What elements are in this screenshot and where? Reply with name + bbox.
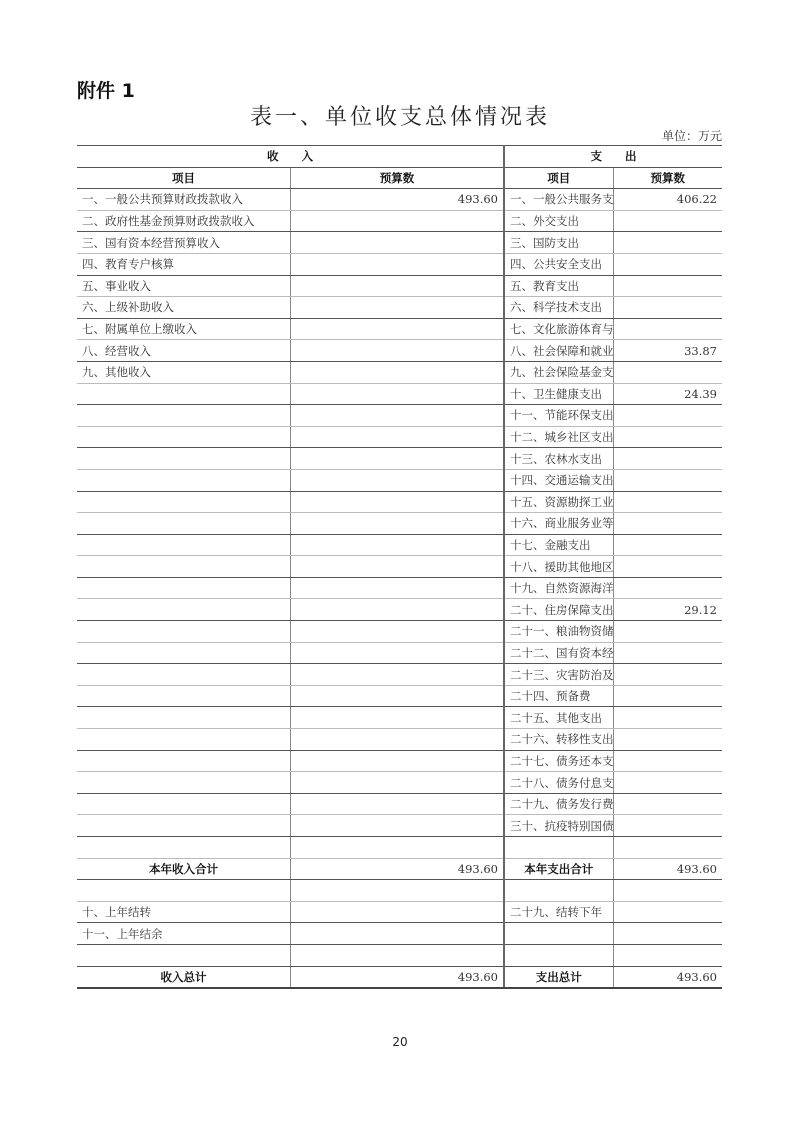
income-section-header: 收 入	[77, 146, 504, 168]
income-amount-cell	[291, 340, 505, 362]
table-row: 十一、上年结余	[77, 923, 722, 945]
table-row	[77, 880, 722, 902]
expense-amount-cell: 29.12	[613, 599, 722, 621]
expense-item-cell: 十、卫生健康支出	[504, 383, 613, 405]
income-item-cell: 九、其他收入	[77, 361, 291, 383]
unit-label: 单位：万元	[662, 127, 722, 144]
income-item-cell	[77, 621, 291, 643]
income-amount-cell: 493.60	[291, 189, 505, 211]
expense-amount-cell	[613, 275, 722, 297]
table-row	[77, 837, 722, 859]
income-item-cell: 十、上年结转	[77, 901, 291, 923]
expense-amount-cell: 406.22	[613, 189, 722, 211]
table-row: 八、经营收入八、社会保障和就业支出33.87	[77, 340, 722, 362]
expense-item-cell: 十四、交通运输支出	[504, 469, 613, 491]
expense-item-cell: 七、文化旅游体育与传媒支出	[504, 318, 613, 340]
income-item-cell	[77, 513, 291, 535]
income-amount-cell	[291, 815, 505, 837]
expense-section-header: 支 出	[504, 146, 722, 168]
expense-item-cell	[504, 837, 613, 859]
expense-item-cell: 十七、金融支出	[504, 534, 613, 556]
table-row: 二十五、其他支出	[77, 707, 722, 729]
expense-item-cell: 二十七、债务还本支出	[504, 750, 613, 772]
income-item-cell	[77, 685, 291, 707]
table-row: 九、其他收入九、社会保险基金支出	[77, 361, 722, 383]
income-item-cell	[77, 405, 291, 427]
expense-item-cell: 二十九、债务发行费用支出	[504, 793, 613, 815]
expense-total-value: 493.60	[613, 858, 722, 880]
table-row: 二十六、转移性支出	[77, 729, 722, 751]
expense-total-label: 支出总计	[504, 966, 613, 988]
income-amount-cell	[291, 469, 505, 491]
grand-total-row: 收入总计493.60支出总计493.60	[77, 966, 722, 988]
income-item-cell	[77, 944, 291, 966]
income-amount-cell	[291, 361, 505, 383]
income-item-cell: 二、政府性基金预算财政拨款收入	[77, 210, 291, 232]
income-item-cell: 一、一般公共预算财政拨款收入	[77, 189, 291, 211]
income-expense-table: 收 入 支 出 项目 预算数 项目 预算数 一、一般公共预算财政拨款收入493.…	[77, 145, 722, 989]
expense-amount-cell	[613, 491, 722, 513]
income-item-cell	[77, 837, 291, 859]
table-row: 六、上级补助收入六、科学技术支出	[77, 297, 722, 319]
income-item-cell	[77, 599, 291, 621]
table-row: 十五、资源勘探工业信息等支出	[77, 491, 722, 513]
column-header-row: 项目 预算数 项目 预算数	[77, 167, 722, 189]
income-amount-cell	[291, 297, 505, 319]
income-item-cell	[77, 469, 291, 491]
expense-item-cell: 六、科学技术支出	[504, 297, 613, 319]
table-row: 十二、城乡社区支出	[77, 426, 722, 448]
expense-item-cell: 四、公共安全支出	[504, 253, 613, 275]
expense-amount-cell	[613, 621, 722, 643]
income-item-cell: 六、上级补助收入	[77, 297, 291, 319]
income-item-cell	[77, 642, 291, 664]
table-row: 二十二、国有资本经营预算支出	[77, 642, 722, 664]
table-row: 二十一、粮油物资储备支出	[77, 621, 722, 643]
expense-item-cell: 十九、自然资源海洋气象等支出	[504, 577, 613, 599]
income-item-cell: 十一、上年结余	[77, 923, 291, 945]
expense-amount-cell	[613, 448, 722, 470]
expense-item-cell: 二十一、粮油物资储备支出	[504, 621, 613, 643]
page-number: 20	[0, 1035, 800, 1049]
expense-amount-cell	[613, 772, 722, 794]
table-row: 二十三、灾害防治及应急管理支出	[77, 664, 722, 686]
expense-total-value: 493.60	[613, 966, 722, 988]
expense-item-cell: 二十三、灾害防治及应急管理支出	[504, 664, 613, 686]
income-item-cell	[77, 534, 291, 556]
expense-amount-cell	[613, 232, 722, 254]
income-amount-cell	[291, 621, 505, 643]
table-row: 二十四、预备费	[77, 685, 722, 707]
expense-amount-cell	[613, 297, 722, 319]
income-amount-cell	[291, 923, 505, 945]
expense-amount-cell	[613, 426, 722, 448]
income-total-label: 收入总计	[77, 966, 291, 988]
table-row: 三十、抗疫特别国债安排的支出	[77, 815, 722, 837]
income-amount-cell	[291, 275, 505, 297]
expense-amount-cell	[613, 837, 722, 859]
table-row: 一、一般公共预算财政拨款收入493.60一、一般公共服务支出406.22	[77, 189, 722, 211]
expense-amount-cell	[613, 729, 722, 751]
income-item-cell	[77, 491, 291, 513]
income-item-cell	[77, 577, 291, 599]
expense-amount-cell: 24.39	[613, 383, 722, 405]
expense-item-cell: 十八、援助其他地区支出	[504, 556, 613, 578]
table-row: 二十七、债务还本支出	[77, 750, 722, 772]
expense-amount-cell	[613, 210, 722, 232]
expense-amount-cell	[613, 923, 722, 945]
income-amount-cell	[291, 534, 505, 556]
income-item-cell	[77, 729, 291, 751]
income-amount-cell	[291, 664, 505, 686]
income-amount-cell	[291, 232, 505, 254]
year-total-row: 本年收入合计493.60本年支出合计493.60	[77, 858, 722, 880]
expense-item-cell: 二十二、国有资本经营预算支出	[504, 642, 613, 664]
income-amount-cell	[291, 577, 505, 599]
attachment-label: 附件 1	[77, 76, 135, 103]
table-row: 二、政府性基金预算财政拨款收入二、外交支出	[77, 210, 722, 232]
income-amount-column-header: 预算数	[291, 167, 505, 189]
expense-item-cell: 二十五、其他支出	[504, 707, 613, 729]
table-row: 十、上年结转二十九、结转下年	[77, 901, 722, 923]
expense-amount-cell	[613, 318, 722, 340]
income-amount-cell	[291, 729, 505, 751]
expense-item-cell: 十六、商业服务业等支出	[504, 513, 613, 535]
expense-amount-cell	[613, 642, 722, 664]
income-total-value: 493.60	[291, 966, 505, 988]
income-amount-cell	[291, 685, 505, 707]
income-item-cell	[77, 426, 291, 448]
expense-amount-cell	[613, 880, 722, 902]
expense-item-cell	[504, 923, 613, 945]
income-amount-cell	[291, 513, 505, 535]
income-item-cell	[77, 383, 291, 405]
expense-amount-cell	[613, 469, 722, 491]
expense-amount-cell	[613, 664, 722, 686]
income-amount-cell	[291, 383, 505, 405]
expense-amount-column-header: 预算数	[613, 167, 722, 189]
income-amount-cell	[291, 793, 505, 815]
income-item-cell: 七、附属单位上缴收入	[77, 318, 291, 340]
expense-item-cell: 二十六、转移性支出	[504, 729, 613, 751]
expense-item-cell: 十一、节能环保支出	[504, 405, 613, 427]
income-amount-cell	[291, 491, 505, 513]
income-item-cell	[77, 750, 291, 772]
expense-amount-cell	[613, 361, 722, 383]
table-row: 十七、金融支出	[77, 534, 722, 556]
income-total-value: 493.60	[291, 858, 505, 880]
expense-item-cell: 二十八、债务付息支出	[504, 772, 613, 794]
table-row: 二十、住房保障支出29.12	[77, 599, 722, 621]
income-amount-cell	[291, 253, 505, 275]
expense-amount-cell	[613, 685, 722, 707]
expense-amount-cell	[613, 901, 722, 923]
table-row: 四、教育专户核算四、公共安全支出	[77, 253, 722, 275]
income-amount-cell	[291, 448, 505, 470]
income-amount-cell	[291, 772, 505, 794]
table-row	[77, 944, 722, 966]
section-header-row: 收 入 支 出	[77, 146, 722, 168]
expense-item-cell: 二、外交支出	[504, 210, 613, 232]
expense-item-cell: 五、教育支出	[504, 275, 613, 297]
expense-amount-cell: 33.87	[613, 340, 722, 362]
table-row: 十六、商业服务业等支出	[77, 513, 722, 535]
expense-amount-cell	[613, 253, 722, 275]
income-item-cell	[77, 880, 291, 902]
expense-item-cell: 十五、资源勘探工业信息等支出	[504, 491, 613, 513]
table-row: 十三、农林水支出	[77, 448, 722, 470]
expense-amount-cell	[613, 577, 722, 599]
expense-amount-cell	[613, 534, 722, 556]
income-amount-cell	[291, 599, 505, 621]
expense-amount-cell	[613, 513, 722, 535]
income-item-cell	[77, 707, 291, 729]
table-row: 十、卫生健康支出24.39	[77, 383, 722, 405]
expense-item-cell: 三十、抗疫特别国债安排的支出	[504, 815, 613, 837]
expense-amount-cell	[613, 405, 722, 427]
expense-item-cell: 二十四、预备费	[504, 685, 613, 707]
income-amount-cell	[291, 837, 505, 859]
income-amount-cell	[291, 405, 505, 427]
expense-item-cell: 九、社会保险基金支出	[504, 361, 613, 383]
income-item-cell	[77, 664, 291, 686]
income-item-cell	[77, 448, 291, 470]
income-item-cell	[77, 793, 291, 815]
income-amount-cell	[291, 318, 505, 340]
income-amount-cell	[291, 556, 505, 578]
income-amount-cell	[291, 944, 505, 966]
income-amount-cell	[291, 880, 505, 902]
expense-item-cell: 八、社会保障和就业支出	[504, 340, 613, 362]
table-row: 七、附属单位上缴收入七、文化旅游体育与传媒支出	[77, 318, 722, 340]
expense-item-column-header: 项目	[504, 167, 613, 189]
table-row: 二十九、债务发行费用支出	[77, 793, 722, 815]
table-row: 三、国有资本经营预算收入三、国防支出	[77, 232, 722, 254]
income-item-cell: 八、经营收入	[77, 340, 291, 362]
expense-total-label: 本年支出合计	[504, 858, 613, 880]
income-amount-cell	[291, 426, 505, 448]
income-item-cell: 五、事业收入	[77, 275, 291, 297]
income-amount-cell	[291, 642, 505, 664]
table-row: 十一、节能环保支出	[77, 405, 722, 427]
income-item-cell	[77, 772, 291, 794]
income-item-cell	[77, 556, 291, 578]
expense-item-cell: 二十、住房保障支出	[504, 599, 613, 621]
expense-amount-cell	[613, 750, 722, 772]
table-row: 二十八、债务付息支出	[77, 772, 722, 794]
expense-amount-cell	[613, 793, 722, 815]
table-row: 十九、自然资源海洋气象等支出	[77, 577, 722, 599]
expense-item-cell	[504, 880, 613, 902]
expense-amount-cell	[613, 815, 722, 837]
income-item-cell: 四、教育专户核算	[77, 253, 291, 275]
expense-amount-cell	[613, 707, 722, 729]
expense-item-cell: 三、国防支出	[504, 232, 613, 254]
expense-item-cell	[504, 944, 613, 966]
table-row: 五、事业收入五、教育支出	[77, 275, 722, 297]
expense-item-cell: 十二、城乡社区支出	[504, 426, 613, 448]
expense-item-cell: 一、一般公共服务支出	[504, 189, 613, 211]
income-amount-cell	[291, 750, 505, 772]
income-item-cell	[77, 815, 291, 837]
table-row: 十四、交通运输支出	[77, 469, 722, 491]
expense-item-cell: 十三、农林水支出	[504, 448, 613, 470]
table-row: 十八、援助其他地区支出	[77, 556, 722, 578]
income-item-column-header: 项目	[77, 167, 291, 189]
expense-amount-cell	[613, 556, 722, 578]
income-item-cell: 三、国有资本经营预算收入	[77, 232, 291, 254]
income-total-label: 本年收入合计	[77, 858, 291, 880]
income-amount-cell	[291, 707, 505, 729]
expense-amount-cell	[613, 944, 722, 966]
expense-item-cell: 二十九、结转下年	[504, 901, 613, 923]
income-amount-cell	[291, 901, 505, 923]
income-amount-cell	[291, 210, 505, 232]
